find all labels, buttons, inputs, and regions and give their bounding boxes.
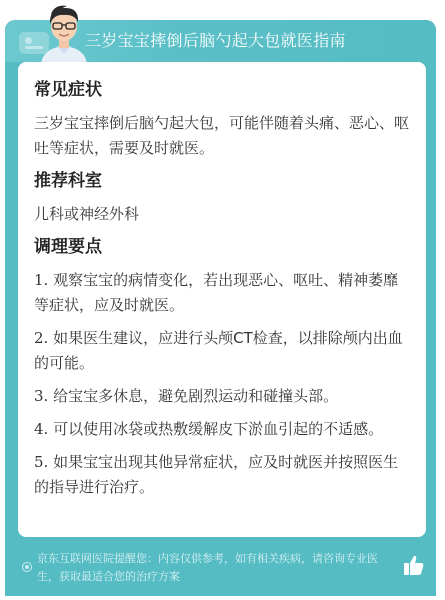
section-title-symptoms: 常见症状: [34, 78, 410, 102]
guide-panel: 三岁宝宝摔倒后脑勺起大包就医指南 常见症状 三岁宝宝摔倒后脑勺起大包，可能伴随着…: [5, 20, 436, 596]
section-title-department: 推荐科室: [34, 169, 410, 193]
info-circle-icon: [22, 562, 32, 572]
care-tip-item: 5. 如果宝宝出现其他异常症状，应及时就医并按照医生的指导进行治疗。: [34, 450, 410, 500]
doctor-avatar: [37, 2, 91, 64]
content-card: 常见症状 三岁宝宝摔倒后脑勺起大包，可能伴随着头痛、恶心、呕吐等症状，需要及时就…: [18, 62, 426, 537]
care-tip-item: 2. 如果医生建议，应进行头颅CT检查，以排除颅内出血的可能。: [34, 326, 410, 376]
page-title: 三岁宝宝摔倒后脑勺起大包就医指南: [85, 28, 346, 51]
disclaimer-footer: 京东互联网医院提醒您：内容仅供参考，如有相关疾病，请咨询专业医生，获取最适合您的…: [5, 540, 436, 596]
department-text: 儿科或神经外科: [34, 202, 410, 227]
symptoms-text: 三岁宝宝摔倒后脑勺起大包，可能伴随着头痛、恶心、呕吐等症状，需要及时就医。: [34, 111, 410, 161]
care-tip-item: 3. 给宝宝多休息，避免剧烈运动和碰撞头部。: [34, 384, 410, 409]
thumbs-up-icon[interactable]: [403, 554, 425, 576]
care-tip-item: 4. 可以使用冰袋或热敷缓解皮下淤血引起的不适感。: [34, 417, 410, 442]
disclaimer-text: 京东互联网医院提醒您：内容仅供参考，如有相关疾病，请咨询专业医生，获取最适合您的…: [37, 550, 396, 586]
care-tip-item: 1. 观察宝宝的病情变化，若出现恶心、呕吐、精神萎靡等症状，应及时就医。: [34, 268, 410, 318]
section-title-care-tips: 调理要点: [34, 235, 410, 259]
